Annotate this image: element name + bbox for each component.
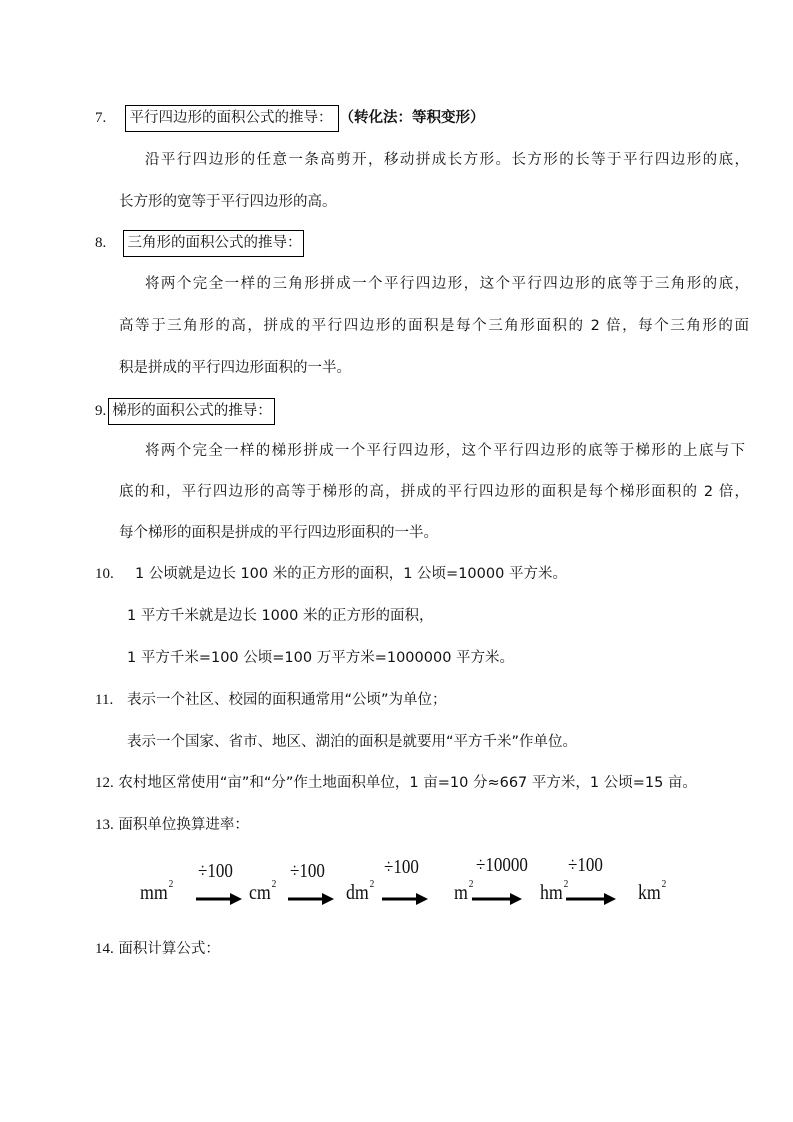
section-number: 8.: [95, 235, 106, 251]
right-arrow-icon: [196, 892, 244, 906]
heading-note: （转化法：等积变形）: [339, 110, 484, 126]
paragraph-line: 沿平行四边形的任意一条高剪开，移动拼成长方形。长方形的长等于平行四边形的底，: [145, 150, 749, 170]
right-arrow-icon: [566, 892, 618, 906]
paragraph-line: 表示一个社区、校园的面积通常用“公顷”为单位；: [127, 690, 447, 710]
section-10-line: 10.: [95, 564, 114, 584]
section-number: 13.: [95, 817, 114, 833]
rate-label: ÷100: [198, 860, 233, 883]
paragraph-line: 长方形的宽等于平行四边形的高。: [119, 192, 337, 212]
rate-label: ÷100: [290, 860, 325, 883]
section-12-line: 12. 农村地区常使用“亩”和“分”作土地面积单位，1 亩=10 分≈667 平…: [95, 773, 697, 793]
unit-km2: km2: [638, 880, 666, 905]
unit-conversion-diagram: mm2 ÷100 cm2 ÷100 dm2 ÷100 m2 ÷10000 hm2…: [138, 848, 678, 918]
unit-hm2: hm2: [540, 880, 568, 905]
rate-label: ÷10000: [476, 854, 528, 877]
paragraph-line: 农村地区常使用“亩”和“分”作土地面积单位，1 亩=10 分≈667 平方米，1…: [118, 775, 697, 791]
section-13-heading: 13. 面积单位换算进率：: [95, 815, 249, 835]
right-arrow-icon: [382, 892, 430, 906]
unit-mm2: mm2: [140, 880, 173, 905]
unit-m2: m2: [454, 880, 473, 905]
right-arrow-icon: [472, 892, 524, 906]
section-8-heading: 8. 三角形的面积公式的推导：: [95, 230, 304, 257]
unit-cm2: cm2: [249, 880, 276, 905]
paragraph-line: 高等于三角形的高，拼成的平行四边形的面积是每个三角形面积的 2 倍，每个三角形的…: [119, 316, 749, 336]
heading-text: 面积计算公式：: [118, 941, 220, 957]
paragraph-line: 积是拼成的平行四边形面积的一半。: [119, 358, 351, 378]
right-arrow-icon: [288, 892, 336, 906]
section-9-heading: 9.梯形的面积公式的推导：: [95, 398, 275, 425]
section-7-heading: 7. 平行四边形的面积公式的推导：（转化法：等积变形）: [95, 105, 484, 132]
paragraph-line: 1 平方千米=100 公顷=100 万平方米=1000000 平方米。: [127, 648, 514, 668]
section-14-heading: 14. 面积计算公式：: [95, 939, 220, 959]
section-number: 12.: [95, 775, 114, 791]
paragraph-line: 底的和，平行四边形的高等于梯形的高，拼成的平行四边形的面积是每个梯形面积的 2 …: [119, 482, 749, 502]
paragraph-line: 表示一个国家、省市、地区、湖泊的面积是就要用“平方千米”作单位。: [127, 732, 577, 752]
paragraph-line: 将两个完全一样的三角形拼成一个平行四边形，这个平行四边形的底等于三角形的底，: [145, 274, 749, 294]
paragraph-line: 1 公顷就是边长 100 米的正方形的面积，1 公顷=10000 平方米。: [135, 564, 567, 584]
section-11-line: 11.: [95, 690, 113, 710]
unit-dm2: dm2: [346, 880, 374, 905]
heading-text: 面积单位换算进率：: [118, 817, 249, 833]
boxed-heading: 三角形的面积公式的推导：: [123, 230, 304, 257]
section-number: 11.: [95, 692, 113, 708]
paragraph-line: 1 平方千米就是边长 1000 米的正方形的面积，: [127, 606, 433, 626]
paragraph-line: 每个梯形的面积是拼成的平行四边形面积的一半。: [119, 523, 438, 543]
section-number: 10.: [95, 566, 114, 582]
section-number: 7.: [95, 110, 106, 126]
paragraph-line: 将两个完全一样的梯形拼成一个平行四边形，这个平行四边形的底等于梯形的上底与下: [145, 441, 745, 461]
boxed-heading: 平行四边形的面积公式的推导：: [125, 105, 339, 132]
section-number: 14.: [95, 941, 114, 957]
rate-label: ÷100: [568, 854, 603, 877]
boxed-heading: 梯形的面积公式的推导：: [108, 398, 275, 425]
rate-label: ÷100: [384, 856, 419, 879]
section-number: 9.: [95, 403, 106, 419]
